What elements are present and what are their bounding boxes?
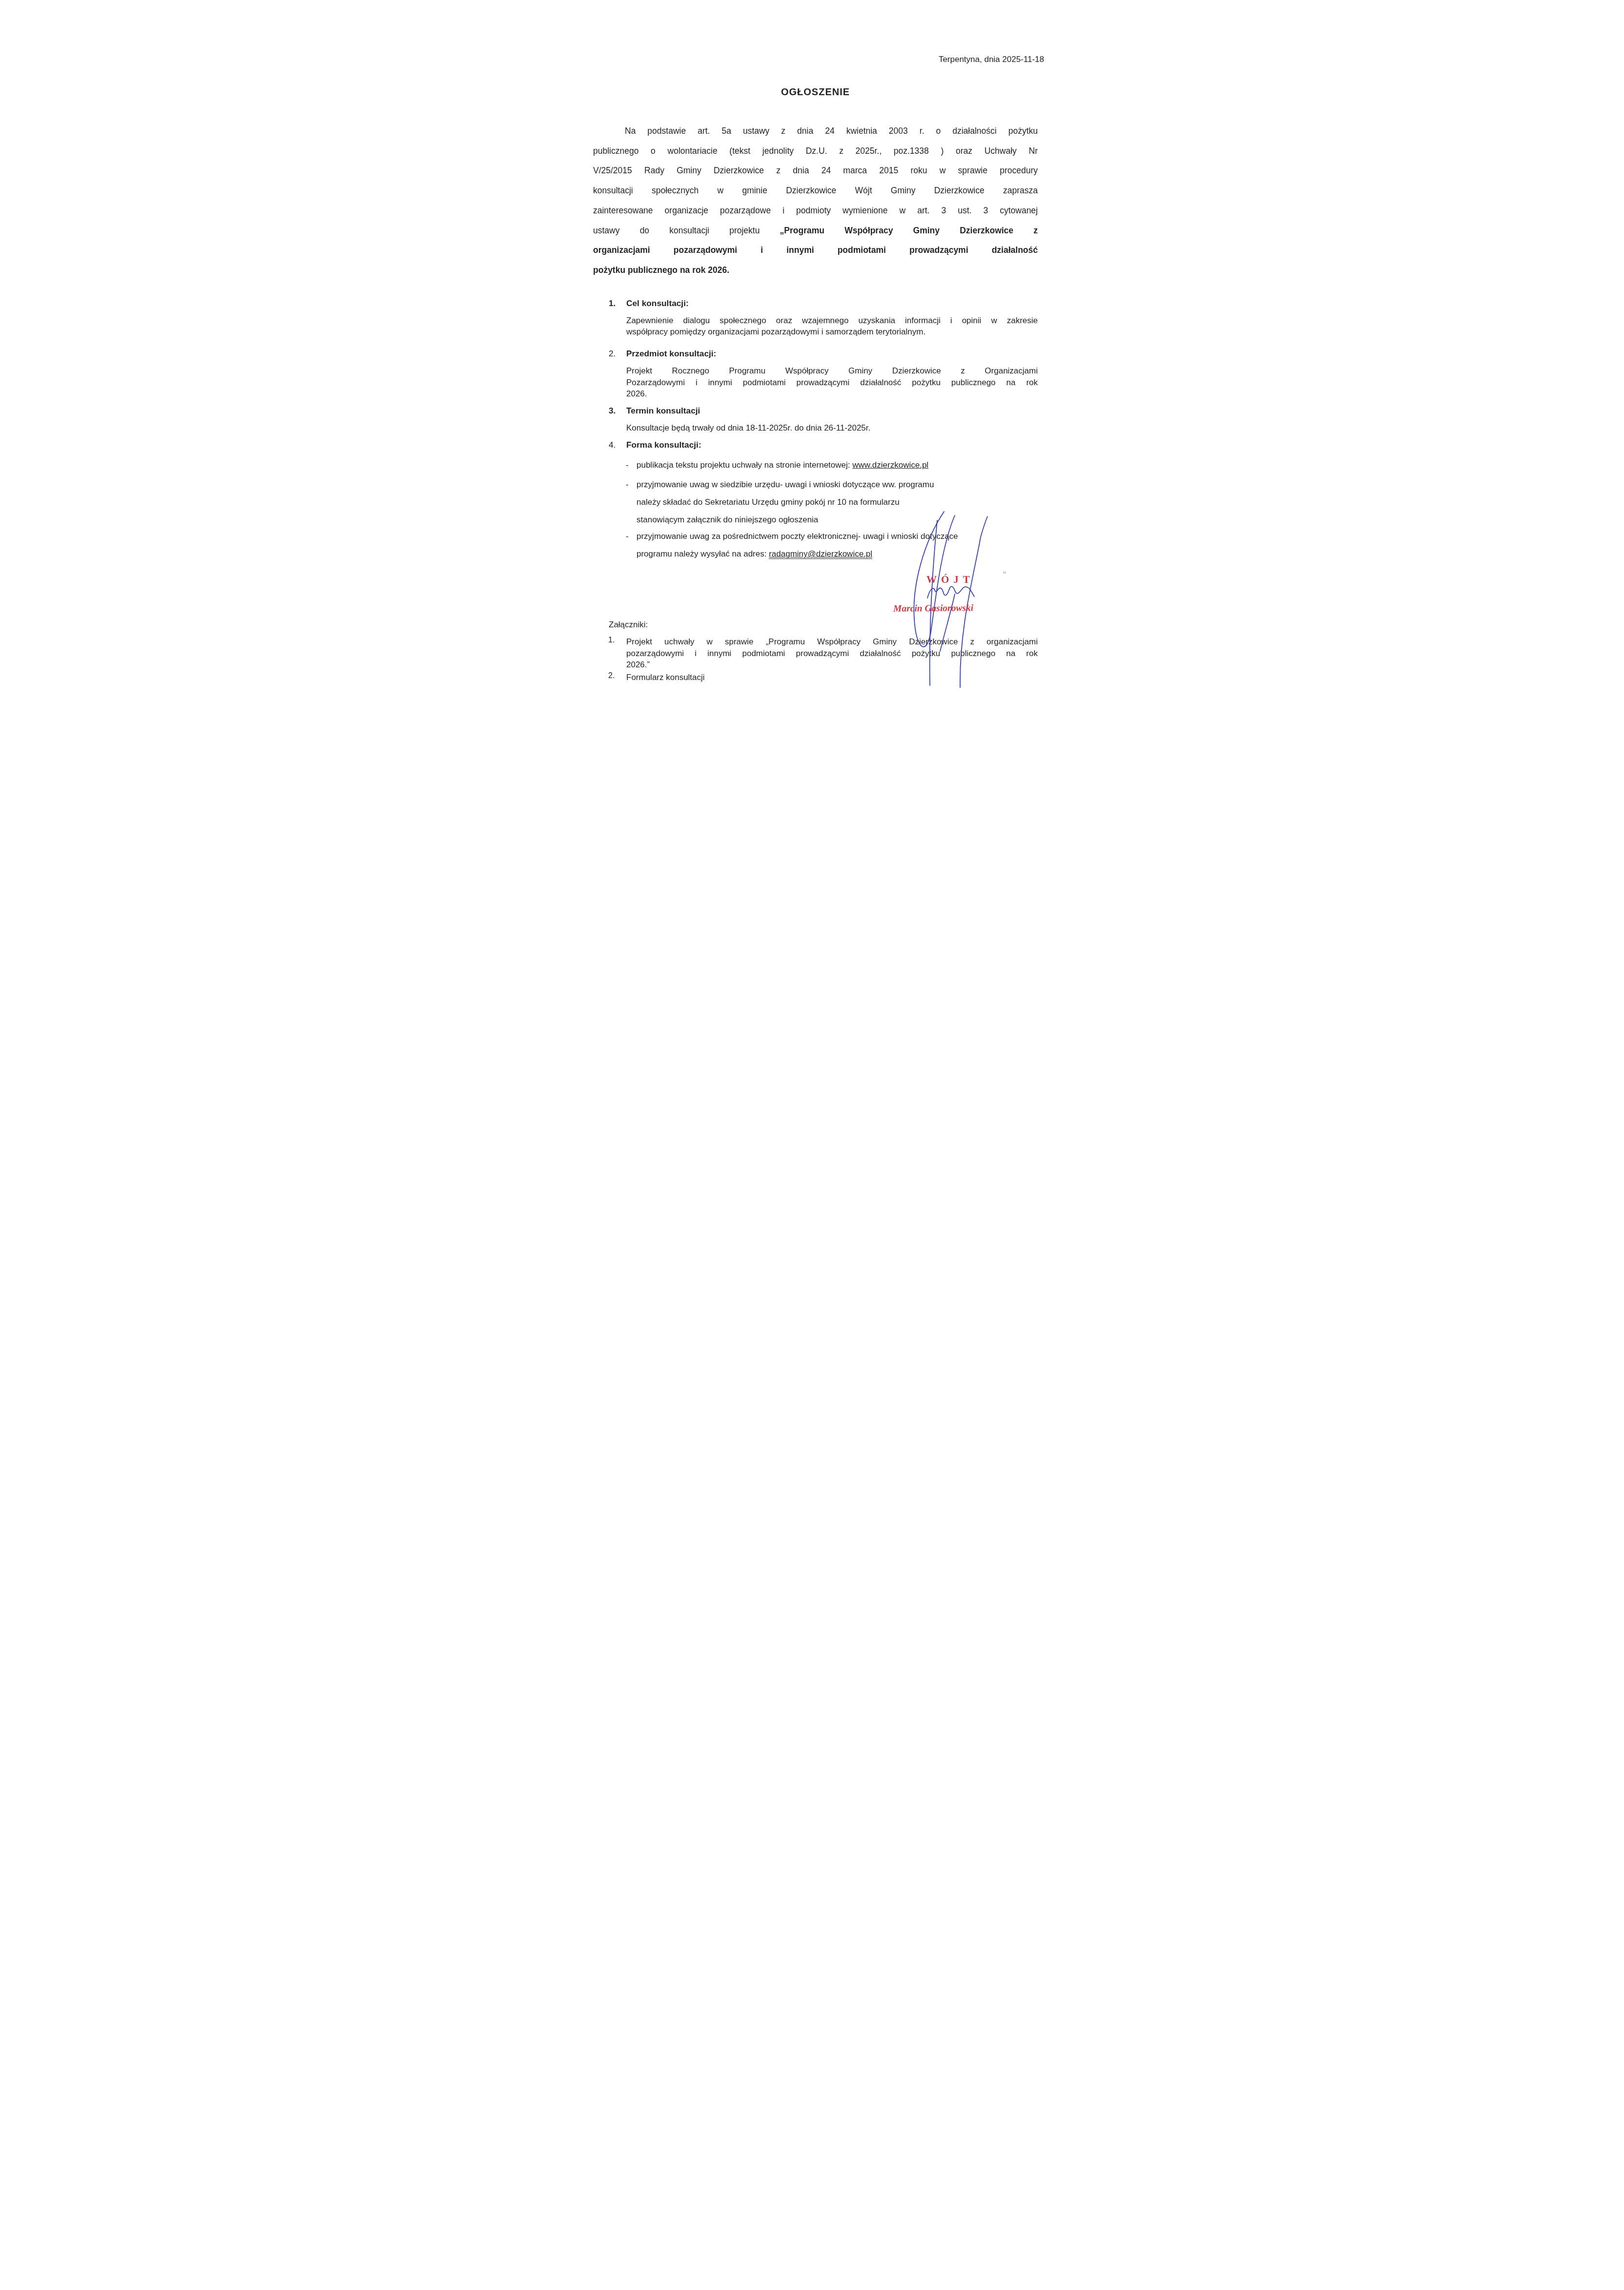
bullet-dash: - — [626, 459, 637, 471]
section-title: Forma konsultacji: — [626, 439, 1038, 451]
intro-line: V/25/2015 Rady Gminy Dzierzkowice z dnia… — [593, 161, 1038, 181]
intro-line: zainteresowane organizacje pozarządowe i… — [593, 201, 1038, 221]
bullet-text-segment: publikacja tekstu projektu uchwały na st… — [637, 460, 852, 470]
section-header-cel: 1. Cel konsultacji: — [593, 298, 1038, 309]
section-body-line: Konsultacje będą trwały od dnia 18-11-20… — [626, 422, 1038, 433]
bullet-text: publikacja tekstu projektu uchwały na st… — [637, 459, 928, 471]
intro-line: organizacjami pozarządowymi i innymi pod… — [593, 240, 1038, 260]
intro-normal-text: ustawy do konsultacji projektu — [593, 226, 780, 235]
attachment-number: 2. — [608, 672, 626, 683]
bullet-office-line: należy składać do Sekretariatu Urzędu gm… — [637, 496, 1038, 508]
section-title: Przedmiot konsultacji: — [626, 348, 1038, 359]
date-line: Terpentyna, dnia 2025-11-18 — [593, 55, 1044, 64]
section-header-forma: 4. Forma konsultacji: — [593, 439, 1038, 451]
attachment-line: 2026.” — [626, 659, 1038, 670]
section-body-line: Pozarządowymi i innymi podmiotami prowad… — [626, 377, 1038, 388]
section-body-line: Projekt Rocznego Programu Współpracy Gmi… — [626, 365, 1038, 376]
sections-list: 1. Cel konsultacji: Zapewnienie dialogu … — [593, 298, 1038, 560]
attachments-label: Załączniki: — [609, 619, 1038, 630]
section-body: Konsultacje będą trwały od dnia 18-11-20… — [626, 422, 1038, 433]
attachment-line: pozarządowymi i innymi podmiotami prowad… — [626, 648, 1038, 659]
page-title: OGŁOSZENIE — [593, 86, 1038, 98]
attachment-number: 1. — [608, 636, 626, 670]
section-title: Termin konsultacji — [626, 405, 1038, 416]
bullet-text: przyjmowanie uwag za pośrednictwem poczt… — [637, 531, 958, 542]
attachment-body: Projekt uchwały w sprawie „Programu Wspó… — [626, 636, 1038, 670]
bullet-email: - przyjmowanie uwag za pośrednictwem poc… — [593, 531, 1038, 542]
section-body: Projekt Rocznego Programu Współpracy Gmi… — [626, 365, 1038, 399]
section-number: 1. — [609, 298, 626, 309]
section-body-line: Zapewnienie dialogu społecznego oraz wza… — [626, 315, 1038, 326]
section-title: Cel konsultacji: — [626, 298, 1038, 309]
section-header-przedmiot: 2. Przedmiot konsultacji: — [593, 348, 1038, 359]
bullet-office: - przyjmowanie uwag w siedzibie urzędu- … — [593, 479, 1038, 490]
intro-line: konsultacji społecznych w gminie Dzierzk… — [593, 181, 1038, 201]
bullet-text: przyjmowanie uwag w siedzibie urzędu- uw… — [637, 479, 934, 490]
attachment-body: Formularz konsultacji — [626, 672, 1038, 683]
bullet-office-line: stanowiącym załącznik do niniejszego ogł… — [637, 514, 1038, 525]
intro-line: publicznego o wolontariacie (tekst jedno… — [593, 141, 1038, 161]
section-header-termin: 3. Termin konsultacji — [593, 405, 1038, 416]
intro-line: Na podstawie art. 5a ustawy z dnia 24 kw… — [593, 121, 1038, 141]
section-body: Zapewnienie dialogu społecznego oraz wza… — [626, 315, 1038, 338]
bullet-email-line: programu należy wysyłać na adres: radagm… — [637, 548, 1038, 559]
bullet-dash: - — [626, 479, 637, 490]
link-www-dzierzkowice[interactable]: www.dzierzkowice.pl — [852, 460, 928, 470]
intro-bold-text: „Programu Współpracy Gminy Dzierzkowice … — [780, 226, 1038, 235]
section-number: 2. — [609, 348, 626, 359]
bullet-publication: - publikacja tekstu projektu uchwały na … — [593, 459, 1038, 471]
section-number: 3. — [609, 405, 626, 416]
intro-line: pożytku publicznego na rok 2026. — [593, 260, 1038, 280]
attachment-line: Projekt uchwały w sprawie „Programu Wspó… — [626, 636, 1038, 647]
form-bullets: - publikacja tekstu projektu uchwały na … — [593, 459, 1038, 559]
document-page: Terpentyna, dnia 2025-11-18 OGŁOSZENIE N… — [538, 0, 1086, 773]
bullet-dash: - — [626, 531, 637, 542]
intro-paragraph: Na podstawie art. 5a ustawy z dnia 24 kw… — [593, 121, 1038, 280]
link-email-radagminy[interactable]: radagminy@dzierzkowice.pl — [769, 549, 872, 559]
bullet-text-segment: programu należy wysyłać na adres: — [637, 549, 769, 558]
page-content: Terpentyna, dnia 2025-11-18 OGŁOSZENIE N… — [538, 55, 1086, 683]
section-body-line: współpracy pomiędzy organizacjami pozarz… — [626, 326, 1038, 337]
attachment-item: 1. Projekt uchwały w sprawie „Programu W… — [593, 636, 1038, 670]
intro-line: ustawy do konsultacji projektu „Programu… — [593, 221, 1038, 241]
section-number: 4. — [609, 439, 626, 451]
attachment-item: 2. Formularz konsultacji — [593, 672, 1038, 683]
section-body-line: 2026. — [626, 388, 1038, 399]
